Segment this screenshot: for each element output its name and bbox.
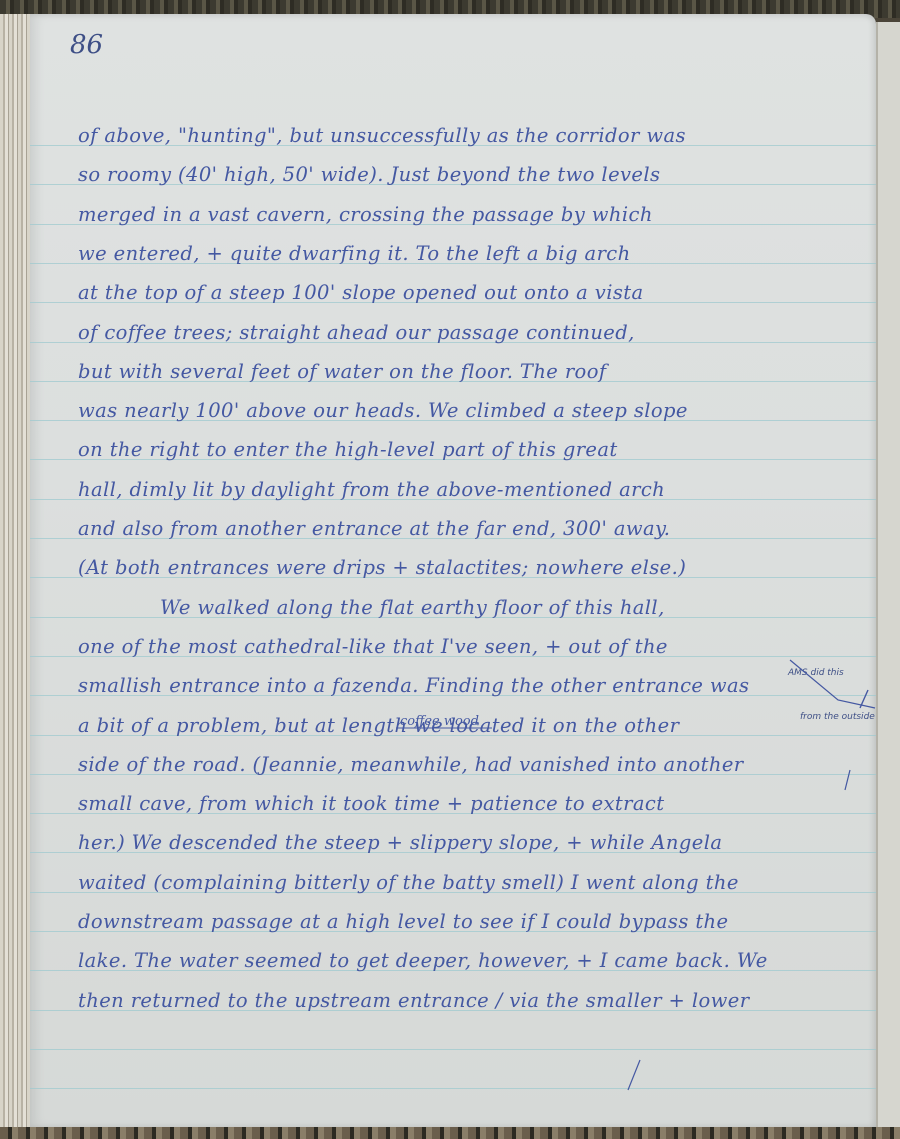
text-line: small cave, from which it took time + pa… (78, 792, 878, 816)
margin-note-upper: AMS did this (788, 668, 844, 678)
text-line: so roomy (40' high, 50' wide). Just beyo… (78, 163, 878, 187)
text-line: of coffee trees; straight ahead our pass… (78, 321, 878, 345)
text-line: (At both entrances were drips + stalacti… (78, 556, 878, 580)
text-line: was nearly 100' above our heads. We clim… (78, 399, 878, 423)
text-line: smallish entrance into a fazenda. Findin… (78, 674, 878, 698)
text-line: then returned to the upstream entrance /… (78, 989, 878, 1013)
interlinear-insertion: coffee wood (400, 714, 479, 729)
page-number: 86 (70, 30, 103, 60)
text-line: merged in a vast cavern, crossing the pa… (78, 203, 878, 227)
text-line: one of the most cathedral-like that I've… (78, 635, 878, 659)
page-stack-edge (0, 14, 30, 1129)
text-line: but with several feet of water on the fl… (78, 360, 878, 384)
ruled-line (30, 1049, 876, 1050)
ruled-line (30, 1088, 876, 1089)
margin-note-lower: from the outside (800, 712, 875, 722)
book-bottom-edge (0, 1127, 900, 1139)
text-line: hall, dimly lit by daylight from the abo… (78, 478, 878, 502)
text-line: we entered, + quite dwarfing it. To the … (78, 242, 878, 266)
text-line: side of the road. (Jeannie, meanwhile, h… (78, 753, 878, 777)
next-page-edge (876, 22, 900, 1128)
text-line: downstream passage at a high level to se… (78, 910, 878, 934)
text-line: lake. The water seemed to get deeper, ho… (78, 949, 878, 973)
text-line: of above, "hunting", but unsuccessfully … (78, 124, 878, 148)
text-line: and also from another entrance at the fa… (78, 517, 878, 541)
text-line: We walked along the flat earthy floor of… (160, 596, 900, 620)
text-line: waited (complaining bitterly of the batt… (78, 871, 878, 895)
text-line: her.) We descended the steep + slippery … (78, 831, 878, 855)
text-line: at the top of a steep 100' slope opened … (78, 281, 878, 305)
text-line: on the right to enter the high-level par… (78, 438, 878, 462)
